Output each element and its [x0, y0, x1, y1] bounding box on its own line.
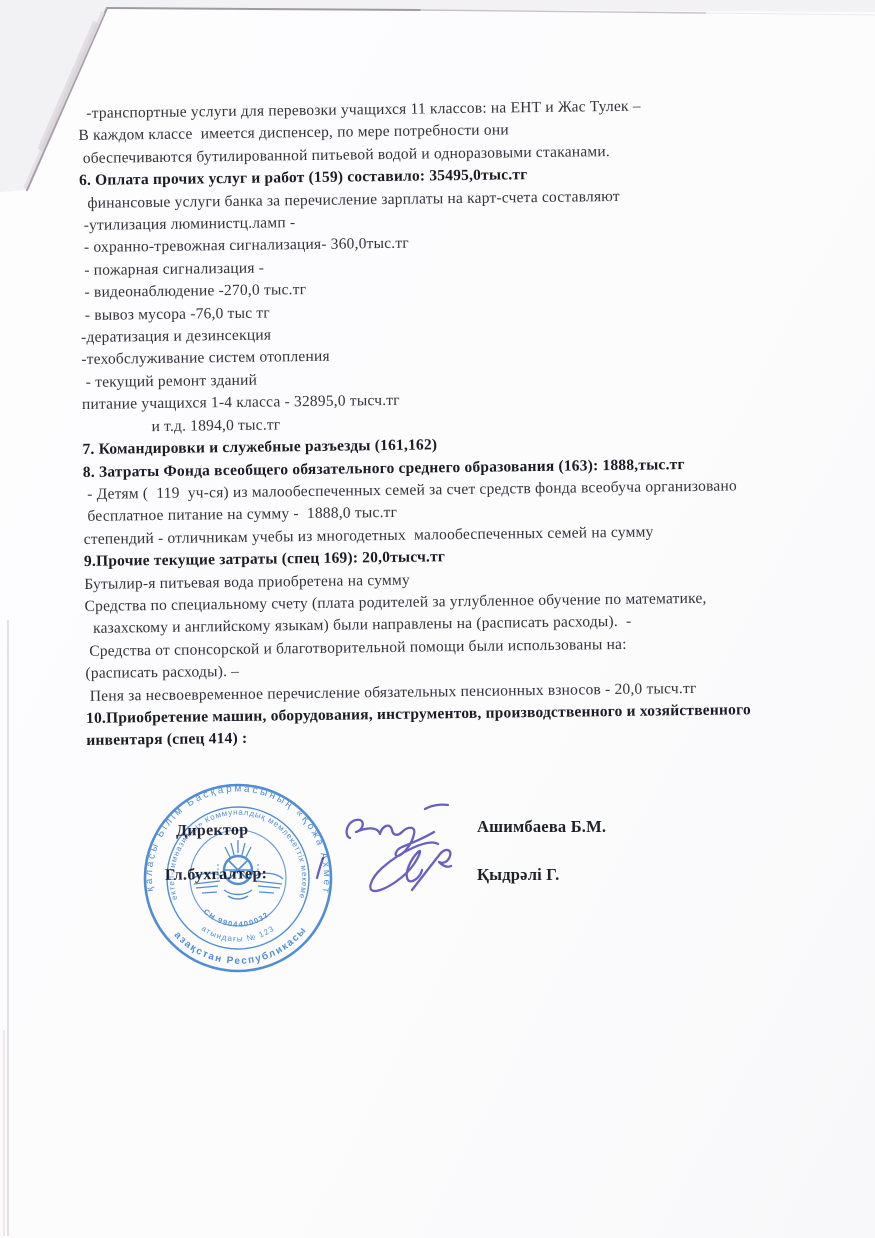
signature-stray-stroke — [317, 858, 323, 878]
svg-text:мектеп-гимназиясы» Коммуналдық: мектеп-гимназиясы» Коммуналдық мемлекетт… — [167, 808, 309, 902]
signature-accountant — [370, 843, 451, 891]
director-name: Ашимбаева Б.М. — [477, 817, 606, 837]
accountant-name: Қыдрәлі Г. — [477, 865, 559, 885]
handwritten-signatures — [300, 792, 465, 907]
stamp-ring-inner-top-text: мектеп-гимназиясы» Коммуналдық мемлекетт… — [167, 808, 309, 902]
scanned-document-page: -транспортные услуги для перевозки учащи… — [0, 0, 875, 1238]
svg-text:БСН 990440003250: БСН 990440003250 — [202, 871, 271, 929]
stamp-bsn-text: БСН 990440003250 — [202, 871, 271, 929]
document-lines: -транспортные услуги для перевозки учащи… — [78, 94, 776, 753]
signature-top-dash — [425, 805, 448, 809]
document-body: -транспортные услуги для перевозки учащи… — [78, 94, 776, 753]
kazakhstan-emblem-icon — [193, 840, 283, 899]
